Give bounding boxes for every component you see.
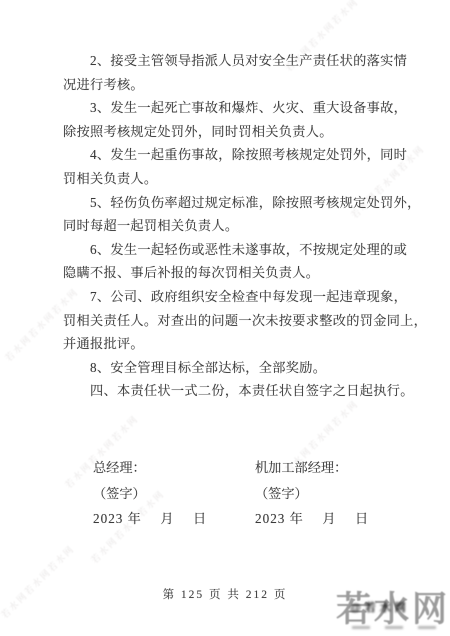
signature-sign-label: （签字） — [255, 481, 369, 507]
text-line: 同时每超一起罚相关负责人。 — [63, 214, 395, 238]
site-logo-handle: @若水网 — [350, 599, 410, 615]
site-logo-watermark: 若水网 @若水网 — [336, 582, 450, 634]
signature-block-machining-dept-manager: 机加工部经理： （签字） 2023 年 月 日 — [255, 455, 369, 532]
text-line: 4、发生一起重伤事故，除按照考核规定处罚外，同时 — [63, 143, 395, 167]
text-line: 8、安全管理目标全部达标，全部奖励。 — [63, 356, 395, 380]
signature-date: 2023 年 月 日 — [255, 506, 369, 532]
text-line: 除按照考核规定处罚外，同时罚相关负责人。 — [63, 120, 395, 144]
text-line: 况进行考核。 — [63, 73, 395, 97]
document-body: 2、接受主管领导指派人员对安全生产责任状的落实情 况进行考核。 3、发生一起死亡… — [63, 49, 395, 403]
text-line: 6、发生一起轻伤或恶性未遂事故，不按规定处理的或 — [63, 238, 395, 262]
document-page: 若水网若水网若水网 若水网若水网若水网 若水网若水网若水网 若水网若水网若水网 … — [0, 0, 450, 636]
text-line: 并通报批评。 — [63, 332, 395, 356]
text-line: 罚相关负责人。 — [63, 167, 395, 191]
signature-block-general-manager: 总经理： （签字） 2023 年 月 日 — [93, 455, 207, 532]
logo-caption-smudge — [352, 626, 450, 629]
signature-date: 2023 年 月 日 — [93, 506, 207, 532]
text-line: 2、接受主管领导指派人员对安全生产责任状的落实情 — [63, 49, 395, 73]
diagonal-watermark: 若水网若水网若水网 — [0, 542, 77, 621]
signature-title: 总经理： — [93, 455, 207, 481]
text-line: 四、本责任状一式二份，本责任状自签字之日起执行。 — [63, 379, 395, 403]
text-line: 隐瞒不报、事后补报的每次罚相关负责人。 — [63, 261, 395, 285]
signature-sign-label: （签字） — [93, 481, 207, 507]
text-line: 罚相关责任人。对查出的问题一次未按要求整改的罚金同上， — [63, 309, 395, 333]
text-line: 5、轻伤负伤率超过规定标准，除按照考核规定处罚外， — [63, 191, 395, 215]
text-line: 7、公司、政府组织安全检查中每发现一起违章现象， — [63, 285, 395, 309]
signature-title: 机加工部经理： — [255, 455, 369, 481]
text-line: 3、发生一起死亡事故和爆炸、火灾、重大设备事故， — [63, 96, 395, 120]
